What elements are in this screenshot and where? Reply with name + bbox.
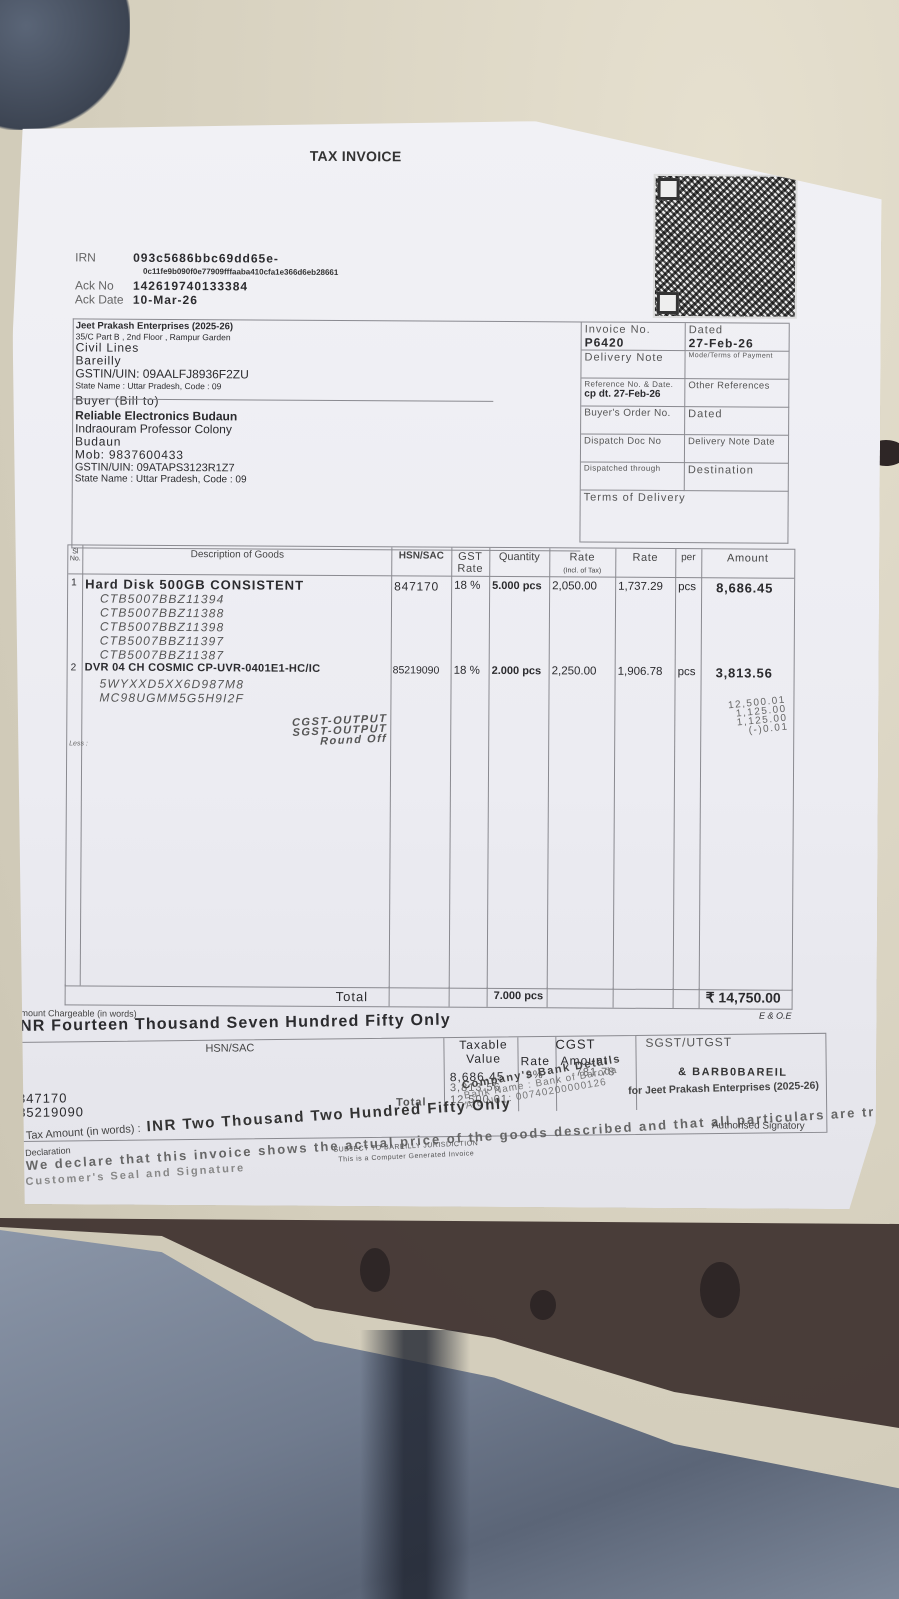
meta-delivery-note: Delivery Note <box>581 350 685 379</box>
meta-invoice-no: Invoice No.P6420 <box>582 322 686 351</box>
meta-payment-terms: Mode/Terms of Payment <box>685 351 789 380</box>
stain <box>360 1248 390 1292</box>
meta-dispatched-through: Dispatched through <box>581 462 685 491</box>
header-gst-rate: GST Rate <box>451 551 489 575</box>
col-divider <box>80 545 84 985</box>
ack-date-label: Ack Date <box>75 292 133 306</box>
col-divider <box>487 548 491 988</box>
total-label: Total <box>336 989 369 1004</box>
meta-delivery-note-date: Delivery Note Date <box>685 435 789 464</box>
item-description: Hard Disk 500GB CONSISTENT <box>85 576 304 592</box>
total-amount: ₹ 14,750.00 <box>706 989 781 1006</box>
bank-ifsc: & BARB0BAREIL <box>678 1066 787 1079</box>
col-divider <box>487 987 488 1007</box>
goods-table-header: Sl No. Description of Goods HSN/SAC GST … <box>68 545 794 578</box>
invoice-meta-grid: Invoice No.P6420 Dated27-Feb-26 Delivery… <box>579 321 789 543</box>
less-label: Less : <box>69 740 88 747</box>
fabric-crease <box>360 1330 470 1599</box>
header-rate-incl: Rate(Incl. of Tax) <box>549 551 615 575</box>
irn-value: 093c5686bbc69dd65e- <box>133 251 279 266</box>
col-divider <box>547 987 548 1007</box>
terms-of-delivery: Terms of Delivery <box>580 490 788 543</box>
hsn-summary-header-cgst: CGST <box>555 1036 595 1051</box>
goods-table: Sl No. Description of Goods HSN/SAC GST … <box>65 544 796 990</box>
col-divider <box>389 547 393 987</box>
ack-no-label: Ack No <box>75 278 133 292</box>
total-quantity: 7.000 pcs <box>494 990 544 1002</box>
header-hsn: HSN/SAC <box>391 550 451 561</box>
header-description: Description of Goods <box>82 548 392 561</box>
col-divider <box>449 548 453 988</box>
stain <box>530 1290 556 1320</box>
cloth-background <box>0 0 130 130</box>
ack-date-value: 10-Mar-26 <box>133 293 198 307</box>
meta-order-dated: Dated <box>685 407 789 436</box>
hsn-summary-header-sgst: SGST/UTGST <box>645 1035 732 1050</box>
col-divider <box>673 549 677 989</box>
col-divider <box>613 549 617 989</box>
header-amount: Amount <box>701 552 794 565</box>
meta-buyer-order: Buyer's Order No. <box>581 406 685 435</box>
col-divider <box>613 988 614 1008</box>
item-description: DVR 04 CH COSMIC CP-UVR-0401E1-HC/IC <box>85 661 321 674</box>
meta-dispatch-doc: Dispatch Doc No <box>581 434 685 463</box>
ack-no-value: 142619740133384 <box>133 279 248 294</box>
col-divider <box>699 988 700 1008</box>
irn-block: IRN093c5686bbc69dd65e- 0c11fe9b090f0e779… <box>75 250 339 308</box>
buyer-state: State Name : Uttar Pradesh, Code : 09 <box>75 474 579 487</box>
tax-ledger-lines: CGST-OUTPUT SGST-OUTPUT Round Off <box>247 714 387 750</box>
total-row: Total 7.000 pcs ₹ 14,750.00 E & O.E <box>65 984 793 1009</box>
authorised-signatory: Authorised Signatory <box>712 1120 805 1132</box>
meta-dated: Dated27-Feb-26 <box>686 323 790 352</box>
irn-label: IRN <box>75 250 133 264</box>
col-divider <box>547 548 551 988</box>
col-divider <box>449 987 450 1007</box>
stain <box>700 1262 740 1318</box>
col-divider <box>635 1036 637 1110</box>
document-title: TAX INVOICE <box>310 148 402 165</box>
seller-buyer-box: Jeet Prakash Enterprises (2025-26) 35/C … <box>71 318 581 551</box>
col-divider <box>389 986 390 1006</box>
header-sl: Sl No. <box>68 548 82 562</box>
invoice-paper: TAX INVOICE IRN093c5686bbc69dd65e- 0c11f… <box>7 118 882 1209</box>
hsn-summary-header-taxable: Taxable Value <box>449 1037 517 1066</box>
tax-ledger-amounts: 12,500.01 1,125.00 1,125.00 (-)0.01 <box>706 696 789 740</box>
col-divider <box>699 549 703 989</box>
header-quantity: Quantity <box>489 551 549 563</box>
meta-reference: Reference No. & Date.cp dt. 27-Feb-26 <box>581 378 685 407</box>
col-divider <box>673 988 674 1008</box>
qr-code <box>653 174 798 319</box>
seller-state: State Name : Uttar Pradesh, Code : 09 <box>75 380 579 393</box>
hsn-summary-header-hsn: HSN/SAC <box>205 1042 254 1055</box>
header-per: per <box>675 552 701 563</box>
meta-other-references: Other References <box>685 379 789 408</box>
header-rate: Rate <box>615 552 675 564</box>
hsn-row-code: 85219090 <box>18 1104 84 1120</box>
irn-value-line2: 0c11fe9b090f0e77909fffaaba410cfa1e366d6e… <box>143 265 338 280</box>
meta-destination: Destination <box>685 463 789 492</box>
